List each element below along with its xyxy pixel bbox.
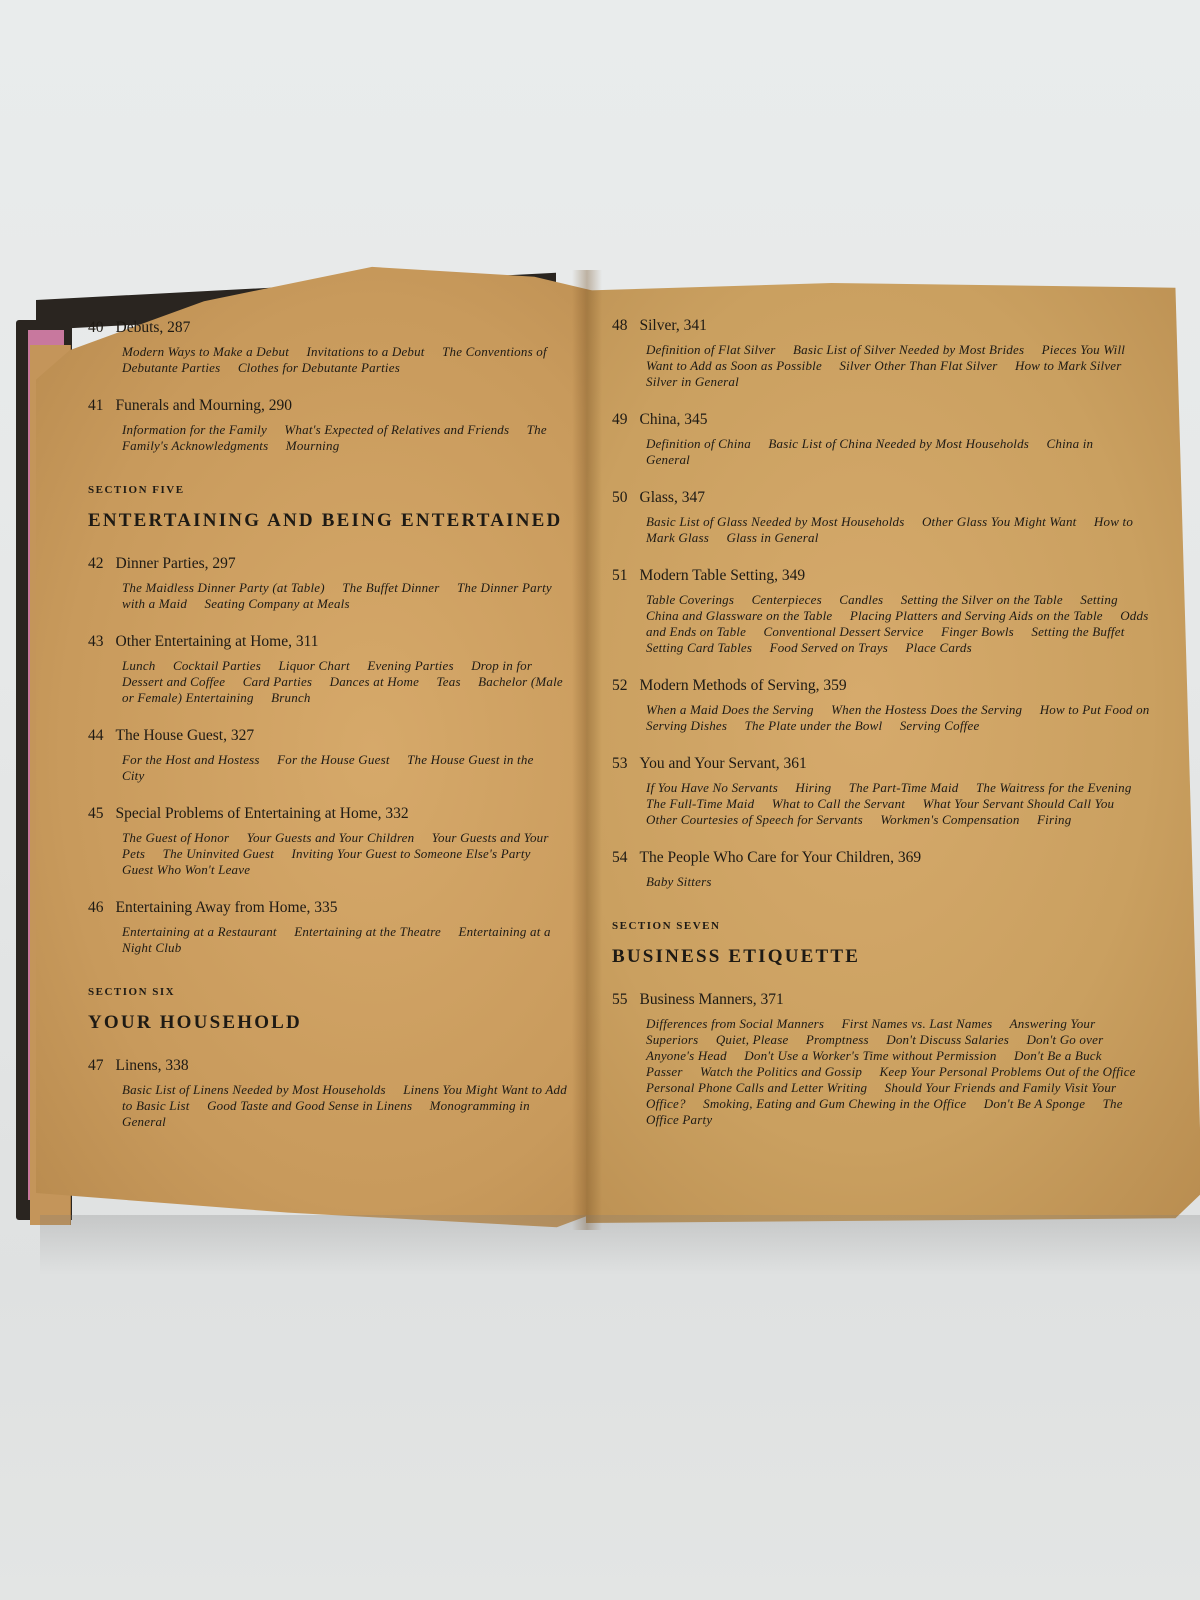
chapter-title: Dinner Parties, 297	[116, 554, 236, 574]
topic: Seating Company at Meals	[205, 596, 350, 611]
chapter-heading: 45Special Problems of Entertaining at Ho…	[88, 804, 568, 824]
chapter-title: Linens, 338	[116, 1056, 189, 1076]
topic: Quiet, Please	[716, 1032, 789, 1047]
chapter-title: Modern Table Setting, 349	[640, 566, 806, 586]
chapter-number: 55	[612, 990, 628, 1010]
chapter-entry: 52Modern Methods of Serving, 359When a M…	[612, 676, 1152, 734]
chapter-entry: 49China, 345Definition of China Basic Li…	[612, 410, 1152, 468]
section-seven-title: BUSINESS ETIQUETTE	[612, 946, 1152, 968]
topic: What's Expected of Relatives and Friends	[284, 422, 509, 437]
topic: The Waitress for the Evening	[976, 780, 1132, 795]
chapter-number: 49	[612, 410, 628, 430]
chapter-entry: 51Modern Table Setting, 349Table Coverin…	[612, 566, 1152, 656]
chapter-entry: 45Special Problems of Entertaining at Ho…	[88, 804, 568, 878]
chapter-entry: 53You and Your Servant, 361If You Have N…	[612, 754, 1152, 828]
topic: What Your Servant Should Call You	[923, 796, 1115, 811]
chapter-number: 52	[612, 676, 628, 696]
chapter-heading: 42Dinner Parties, 297	[88, 554, 568, 574]
chapter-topics: When a Maid Does the Serving When the Ho…	[646, 702, 1152, 734]
chapter-heading: 47Linens, 338	[88, 1056, 568, 1076]
chapter-heading: 43Other Entertaining at Home, 311	[88, 632, 568, 652]
topic: Basic List of Silver Needed by Most Brid…	[793, 342, 1024, 357]
chapter-heading: 52Modern Methods of Serving, 359	[612, 676, 1152, 696]
topic: Personal Phone Calls and Letter Writing	[646, 1080, 867, 1095]
section-six-label: SECTION SIX	[88, 986, 568, 998]
topic: Food Served on Trays	[770, 640, 888, 655]
chapter-list-section-five: 42Dinner Parties, 297The Maidless Dinner…	[88, 554, 568, 956]
chapter-entry: 50Glass, 347Basic List of Glass Needed b…	[612, 488, 1152, 546]
chapter-heading: 48Silver, 341	[612, 316, 1152, 336]
topic: Liquor Chart	[278, 658, 349, 673]
book-shadow	[40, 1215, 1200, 1275]
topic: Inviting Your Guest to Someone Else's Pa…	[292, 846, 531, 861]
section-five-title: ENTERTAINING AND BEING ENTERTAINED	[88, 510, 568, 532]
topic: Firing	[1037, 812, 1071, 827]
chapter-heading: 44The House Guest, 327	[88, 726, 568, 746]
chapter-entry: 46Entertaining Away from Home, 335Entert…	[88, 898, 568, 956]
topic: The Guest of Honor	[122, 830, 229, 845]
chapter-number: 53	[612, 754, 628, 774]
chapter-title: Other Entertaining at Home, 311	[116, 632, 319, 652]
chapter-topics: For the Host and Hostess For the House G…	[122, 752, 568, 784]
topic: Don't Discuss Salaries	[886, 1032, 1009, 1047]
chapter-entry: 47Linens, 338Basic List of Linens Needed…	[88, 1056, 568, 1130]
chapter-topics: Modern Ways to Make a Debut Invitations …	[122, 344, 568, 376]
topic: Basic List of Linens Needed by Most Hous…	[122, 1082, 386, 1097]
topic: The Uninvited Guest	[163, 846, 274, 861]
topic: Entertaining at a Restaurant	[122, 924, 277, 939]
chapter-entry: 41Funerals and Mourning, 290Information …	[88, 396, 568, 454]
chapter-topics: Definition of China Basic List of China …	[646, 436, 1152, 468]
chapter-entry: 44The House Guest, 327For the Host and H…	[88, 726, 568, 784]
chapter-heading: 40Debuts, 287	[88, 318, 568, 338]
chapter-number: 45	[88, 804, 104, 824]
chapter-entry: 48Silver, 341Definition of Flat Silver B…	[612, 316, 1152, 390]
topic: Baby Sitters	[646, 874, 712, 889]
chapter-heading: 49China, 345	[612, 410, 1152, 430]
topic: When the Hostess Does the Serving	[831, 702, 1022, 717]
chapter-heading: 41Funerals and Mourning, 290	[88, 396, 568, 416]
chapter-heading: 55Business Manners, 371	[612, 990, 1152, 1010]
topic: Evening Parties	[367, 658, 453, 673]
chapter-topics: Basic List of Glass Needed by Most House…	[646, 514, 1152, 546]
chapter-title: Silver, 341	[640, 316, 707, 336]
right-page-contents: 48Silver, 341Definition of Flat Silver B…	[612, 316, 1152, 1148]
topic: Silver Other Than Flat Silver	[839, 358, 997, 373]
topic: Other Courtesies of Speech for Servants	[646, 812, 863, 827]
topic: Your Guests and Your Children	[247, 830, 415, 845]
chapter-entry: 43Other Entertaining at Home, 311Lunch C…	[88, 632, 568, 706]
left-page-contents: 40Debuts, 287Modern Ways to Make a Debut…	[88, 318, 568, 1150]
chapter-topics: Entertaining at a Restaurant Entertainin…	[122, 924, 568, 956]
topic: Dances at Home	[330, 674, 419, 689]
topic: How to Mark Silver	[1015, 358, 1122, 373]
topic: Candles	[839, 592, 883, 607]
chapter-title: Entertaining Away from Home, 335	[116, 898, 338, 918]
chapter-number: 40	[88, 318, 104, 338]
chapter-number: 48	[612, 316, 628, 336]
topic: Other Glass You Might Want	[922, 514, 1076, 529]
chapter-number: 41	[88, 396, 104, 416]
chapter-topics: Differences from Social Manners First Na…	[646, 1016, 1152, 1128]
chapter-title: The People Who Care for Your Children, 3…	[640, 848, 922, 868]
topic: Teas	[437, 674, 461, 689]
topic: Modern Ways to Make a Debut	[122, 344, 289, 359]
topic: What to Call the Servant	[772, 796, 905, 811]
chapter-topics: Lunch Cocktail Parties Liquor Chart Even…	[122, 658, 568, 706]
topic: Setting the Silver on the Table	[901, 592, 1063, 607]
topic: Mourning	[286, 438, 340, 453]
chapter-entry: 54The People Who Care for Your Children,…	[612, 848, 1152, 890]
chapter-number: 47	[88, 1056, 104, 1076]
section-five-label: SECTION FIVE	[88, 484, 568, 496]
topic: Setting the Buffet	[1031, 624, 1124, 639]
topic: Watch the Politics and Gossip	[700, 1064, 862, 1079]
chapter-title: Glass, 347	[640, 488, 705, 508]
topic: Basic List of Glass Needed by Most House…	[646, 514, 905, 529]
chapter-number: 51	[612, 566, 628, 586]
topic: Place Cards	[906, 640, 972, 655]
topic: Cocktail Parties	[173, 658, 261, 673]
topic: Smoking, Eating and Gum Chewing in the O…	[703, 1096, 966, 1111]
topic: Good Taste and Good Sense in Linens	[207, 1098, 412, 1113]
section-seven-label: SECTION SEVEN	[612, 920, 1152, 932]
chapter-number: 42	[88, 554, 104, 574]
topic: First Names vs. Last Names	[842, 1016, 993, 1031]
topic: Glass in General	[726, 530, 818, 545]
topic: Serving Coffee	[900, 718, 980, 733]
chapter-topics: The Guest of Honor Your Guests and Your …	[122, 830, 568, 878]
topic: Don't Use a Worker's Time without Permis…	[744, 1048, 996, 1063]
chapter-entry: 55Business Manners, 371Differences from …	[612, 990, 1152, 1128]
topic: Don't Be A Sponge	[984, 1096, 1085, 1111]
chapter-number: 46	[88, 898, 104, 918]
topic: If You Have No Servants	[646, 780, 778, 795]
chapter-heading: 46Entertaining Away from Home, 335	[88, 898, 568, 918]
chapter-heading: 50Glass, 347	[612, 488, 1152, 508]
chapter-topics: Definition of Flat Silver Basic List of …	[646, 342, 1152, 390]
chapter-topics: Basic List of Linens Needed by Most Hous…	[122, 1082, 568, 1130]
chapter-number: 54	[612, 848, 628, 868]
topic: The Plate under the Bowl	[745, 718, 883, 733]
chapter-title: Special Problems of Entertaining at Home…	[116, 804, 409, 824]
chapter-list-section-six-cont: 48Silver, 341Definition of Flat Silver B…	[612, 316, 1152, 890]
topic: The Maidless Dinner Party (at Table)	[122, 580, 325, 595]
topic: Promptness	[806, 1032, 869, 1047]
chapter-heading: 51Modern Table Setting, 349	[612, 566, 1152, 586]
topic: Guest Who Won't Leave	[122, 862, 250, 877]
chapter-list-top: 40Debuts, 287Modern Ways to Make a Debut…	[88, 318, 568, 454]
topic: Conventional Dessert Service	[764, 624, 924, 639]
topic: The Part-Time Maid	[849, 780, 959, 795]
section-six-title: YOUR HOUSEHOLD	[88, 1012, 568, 1034]
chapter-number: 44	[88, 726, 104, 746]
topic: Silver in General	[646, 374, 739, 389]
topic: When a Maid Does the Serving	[646, 702, 814, 717]
chapter-entry: 40Debuts, 287Modern Ways to Make a Debut…	[88, 318, 568, 376]
chapter-heading: 53You and Your Servant, 361	[612, 754, 1152, 774]
chapter-title: Debuts, 287	[116, 318, 191, 338]
topic: Information for the Family	[122, 422, 267, 437]
topic: For the House Guest	[277, 752, 389, 767]
chapter-number: 50	[612, 488, 628, 508]
book-gutter	[572, 270, 602, 1230]
topic: Basic List of China Needed by Most House…	[768, 436, 1029, 451]
chapter-topics: Baby Sitters	[646, 874, 1152, 890]
chapter-list-section-seven: 55Business Manners, 371Differences from …	[612, 990, 1152, 1128]
topic: Placing Platters and Serving Aids on the…	[850, 608, 1103, 623]
topic: For the Host and Hostess	[122, 752, 260, 767]
chapter-title: Modern Methods of Serving, 359	[640, 676, 847, 696]
topic: Finger Bowls	[941, 624, 1014, 639]
topic: Definition of Flat Silver	[646, 342, 776, 357]
topic: Card Parties	[243, 674, 312, 689]
topic: Clothes for Debutante Parties	[238, 360, 400, 375]
topic: The Full-Time Maid	[646, 796, 754, 811]
chapter-topics: If You Have No Servants Hiring The Part-…	[646, 780, 1152, 828]
chapter-entry: 42Dinner Parties, 297The Maidless Dinner…	[88, 554, 568, 612]
topic: Entertaining at the Theatre	[294, 924, 441, 939]
topic: Hiring	[795, 780, 831, 795]
chapter-title: The House Guest, 327	[116, 726, 255, 746]
topic: Keep Your Personal Problems Out of the O…	[880, 1064, 1136, 1079]
topic: Definition of China	[646, 436, 751, 451]
chapter-title: China, 345	[640, 410, 708, 430]
chapter-title: Business Manners, 371	[640, 990, 784, 1010]
topic: The Buffet Dinner	[342, 580, 439, 595]
topic: Setting Card Tables	[646, 640, 752, 655]
chapter-topics: Table Coverings Centerpieces Candles Set…	[646, 592, 1152, 656]
chapter-list-section-six: 47Linens, 338Basic List of Linens Needed…	[88, 1056, 568, 1130]
topic: Centerpieces	[752, 592, 822, 607]
chapter-title: You and Your Servant, 361	[640, 754, 807, 774]
chapter-number: 43	[88, 632, 104, 652]
chapter-heading: 54The People Who Care for Your Children,…	[612, 848, 1152, 868]
topic: Table Coverings	[646, 592, 734, 607]
topic: Differences from Social Manners	[646, 1016, 824, 1031]
chapter-title: Funerals and Mourning, 290	[116, 396, 293, 416]
chapter-topics: The Maidless Dinner Party (at Table) The…	[122, 580, 568, 612]
chapter-topics: Information for the Family What's Expect…	[122, 422, 568, 454]
topic: Invitations to a Debut	[306, 344, 424, 359]
topic: Workmen's Compensation	[880, 812, 1019, 827]
topic: Lunch	[122, 658, 156, 673]
topic: Brunch	[271, 690, 310, 705]
